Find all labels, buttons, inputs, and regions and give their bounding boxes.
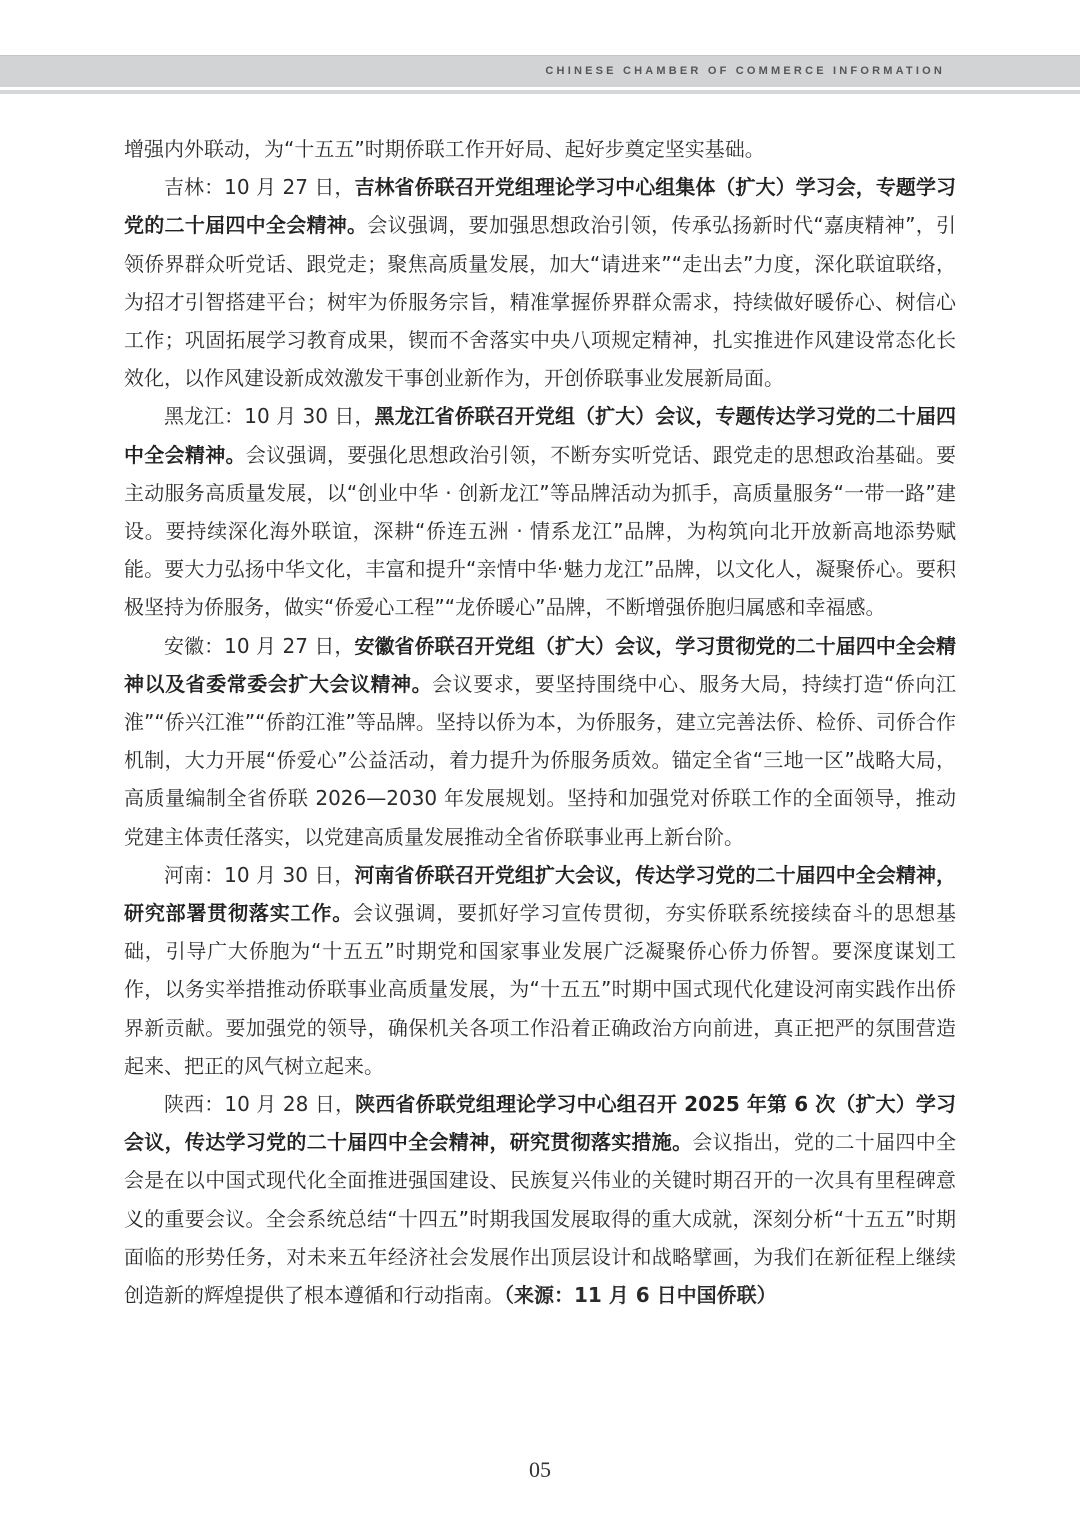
page-number: 05 xyxy=(0,1457,1080,1483)
body-text: 会议强调，要抓好学习宣传贯彻，夯实侨联系统接续奋斗的思想基础，引导广大侨胞为“十… xyxy=(124,901,956,1078)
paragraph-anhui: 安徽：10 月 27 日，安徽省侨联召开党组（扩大）会议，学习贯彻党的二十届四中… xyxy=(124,627,956,856)
body-text: 会议强调，要强化思想政治引领，不断夯实听党话、跟党走的思想政治基础。要主动服务高… xyxy=(124,443,956,620)
paragraph-heilongjiang: 黑龙江：10 月 30 日，黑龙江省侨联召开党组（扩大）会议，专题传达学习党的二… xyxy=(124,397,956,626)
region-label: 黑龙江 xyxy=(164,404,224,428)
date-text: ：10 月 30 日， xyxy=(224,404,374,428)
continuation-paragraph: 增强内外联动，为“十五五”时期侨联工作开好局、起好步奠定坚实基础。 xyxy=(124,130,956,168)
date-text: ：10 月 30 日， xyxy=(204,863,354,887)
date-text: ：10 月 27 日， xyxy=(204,634,354,658)
date-text: ：10 月 28 日， xyxy=(204,1092,355,1116)
region-label: 河南 xyxy=(164,863,204,887)
date-text: ：10 月 27 日， xyxy=(204,175,354,199)
body-text: 会议指出，党的二十届四中全会是在以中国式现代化全面推进强国建设、民族复兴伟业的关… xyxy=(124,1130,956,1307)
paragraph-shaanxi: 陕西：10 月 28 日，陕西省侨联党组理论学习中心组召开 2025 年第 6 … xyxy=(124,1085,956,1314)
header-band: CHINESE CHAMBER OF COMMERCE INFORMATION xyxy=(0,55,1080,87)
body-text: 会议要求，要坚持围绕中心、服务大局，持续打造“侨向江淮”“侨兴江淮”“侨韵江淮”… xyxy=(124,672,956,849)
body-text: 会议强调，要加强思想政治引领，传承弘扬新时代“嘉庚精神”，引领侨界群众听党话、跟… xyxy=(124,213,956,390)
article-body: 增强内外联动，为“十五五”时期侨联工作开好局、起好步奠定坚实基础。 吉林：10 … xyxy=(124,130,956,1314)
paragraph-henan: 河南：10 月 30 日，河南省侨联召开党组扩大会议，传达学习党的二十届四中全会… xyxy=(124,856,956,1085)
publication-title: CHINESE CHAMBER OF COMMERCE INFORMATION xyxy=(545,65,945,77)
source-note: （来源：11 月 6 日中国侨联） xyxy=(504,1283,777,1307)
paragraph-jilin: 吉林：10 月 27 日，吉林省侨联召开党组理论学习中心组集体（扩大）学习会，专… xyxy=(124,168,956,397)
region-label: 安徽 xyxy=(164,634,204,658)
region-label: 吉林 xyxy=(164,175,204,199)
header-divider xyxy=(0,90,1080,94)
region-label: 陕西 xyxy=(164,1092,204,1116)
